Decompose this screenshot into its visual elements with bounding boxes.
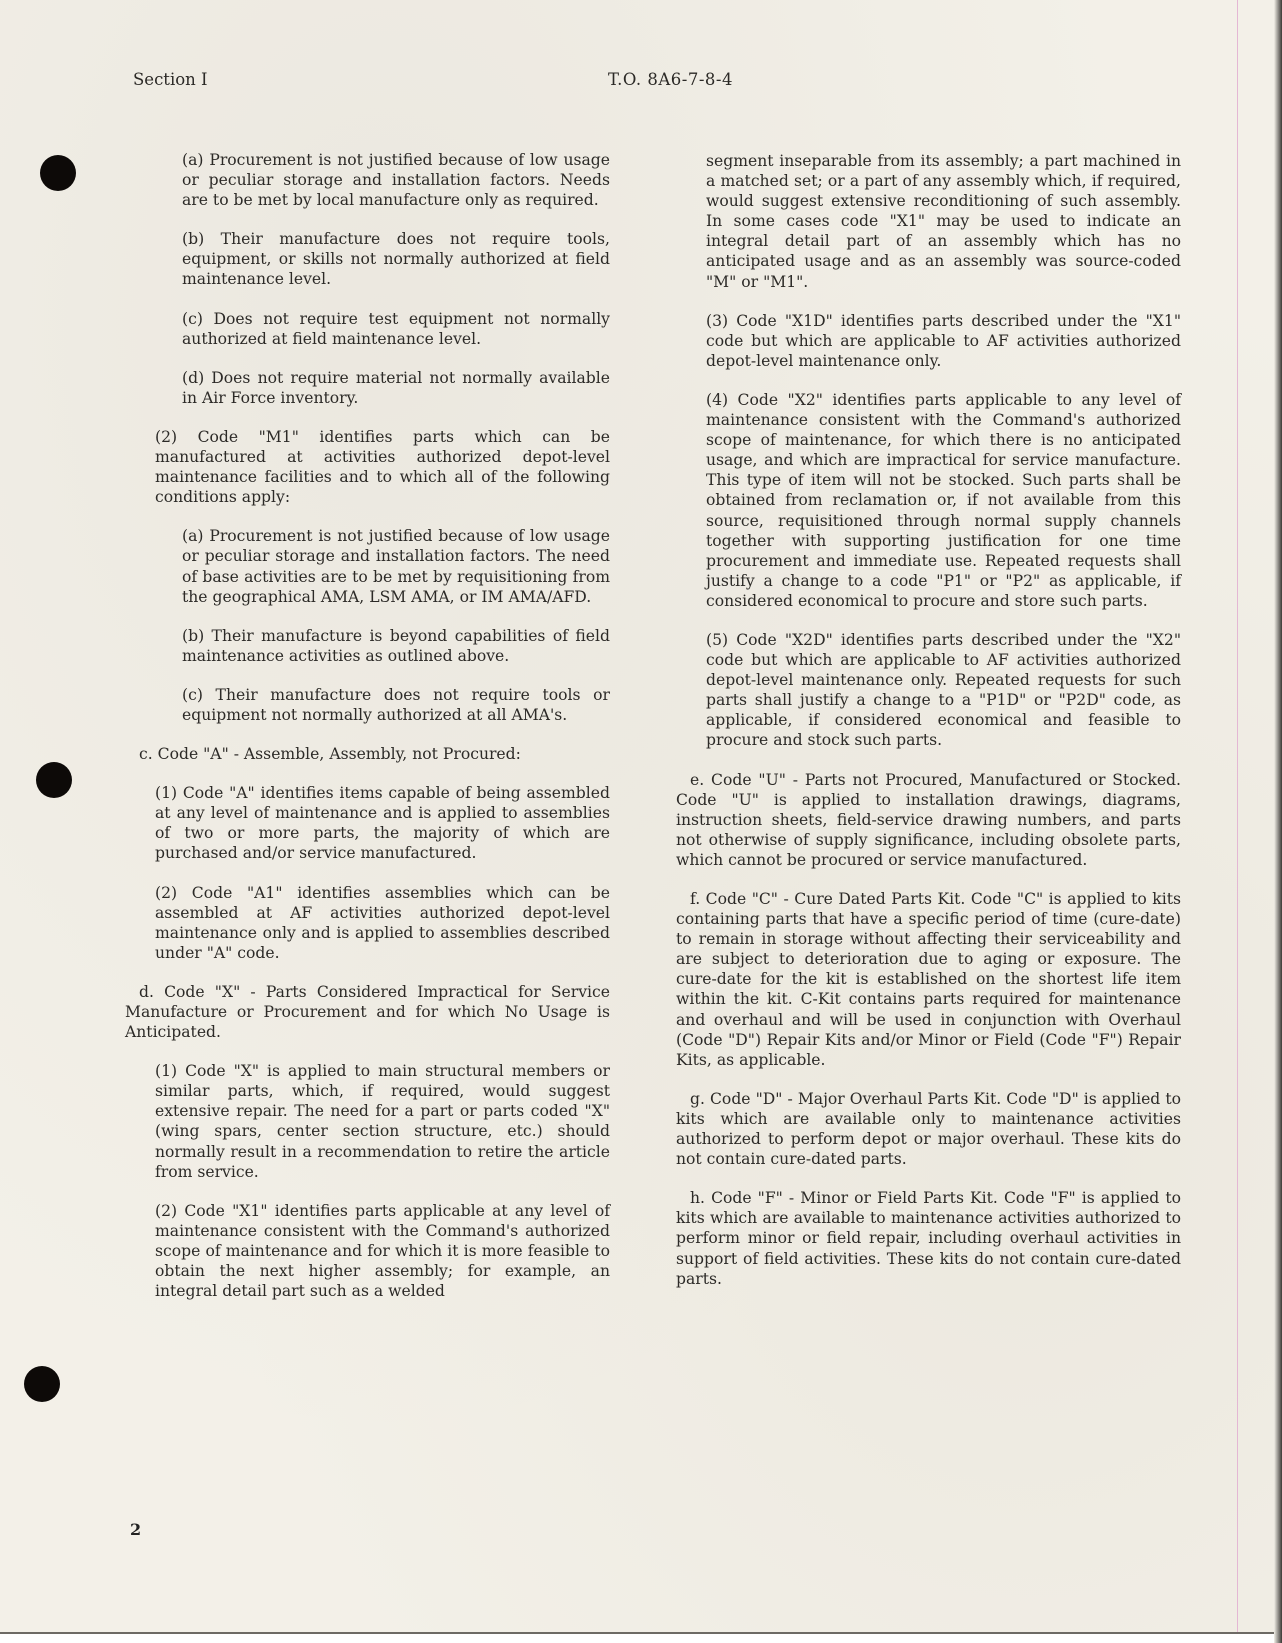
paragraph: (2) Code "M1" identifies parts which can…	[125, 427, 610, 507]
section-heading: g. Code "D" - Major Overhaul Parts Kit. …	[676, 1089, 1181, 1169]
paragraph: (1) Code "X" is applied to main structur…	[125, 1061, 610, 1182]
section-heading: f. Code "C" - Cure Dated Parts Kit. Code…	[676, 889, 1181, 1070]
paragraph: (b) Their manufacture does not require t…	[125, 229, 610, 289]
paragraph: (1) Code "A" identifies items capable of…	[125, 783, 610, 863]
paragraph: (a) Procurement is not justified because…	[125, 526, 610, 606]
paragraph: (2) Code "X1" identifies parts applicabl…	[125, 1201, 610, 1301]
page-edge-shadow	[1274, 0, 1282, 1643]
page-number: 2	[130, 1520, 141, 1539]
section-heading: h. Code "F" - Minor or Field Parts Kit. …	[676, 1188, 1181, 1288]
paragraph: segment inseparable from its assembly; a…	[676, 151, 1181, 292]
punch-hole-icon	[40, 155, 76, 191]
document-page: Section I T.O. 8A6-7-8-4 (a) Procurement…	[0, 0, 1282, 1634]
margin-rule	[1237, 0, 1238, 1632]
punch-hole-icon	[36, 762, 72, 798]
punch-hole-icon	[24, 1366, 60, 1402]
paragraph: (c) Their manufacture does not require t…	[125, 685, 610, 725]
section-label: Section I	[133, 70, 208, 89]
paragraph: (d) Does not require material not normal…	[125, 368, 610, 408]
paragraph: (b) Their manufacture is beyond capabili…	[125, 626, 610, 666]
paragraph: (2) Code "A1" identifies assemblies whic…	[125, 883, 610, 963]
section-heading: d. Code "X" - Parts Considered Impractic…	[125, 982, 610, 1042]
left-column: (a) Procurement is not justified because…	[125, 150, 610, 1320]
paragraph: (4) Code "X2" identifies parts applicabl…	[676, 390, 1181, 611]
section-heading: e. Code "U" - Parts not Procured, Manufa…	[676, 770, 1181, 870]
paragraph: (c) Does not require test equipment not …	[125, 309, 610, 349]
section-heading: c. Code "A" - Assemble, Assembly, not Pr…	[125, 744, 610, 764]
paragraph: (a) Procurement is not justified because…	[125, 150, 610, 210]
paragraph: (5) Code "X2D" identifies parts describe…	[676, 630, 1181, 751]
right-column: segment inseparable from its assembly; a…	[676, 151, 1181, 1308]
paragraph: (3) Code "X1D" identifies parts describe…	[676, 311, 1181, 371]
document-number: T.O. 8A6-7-8-4	[608, 70, 733, 89]
